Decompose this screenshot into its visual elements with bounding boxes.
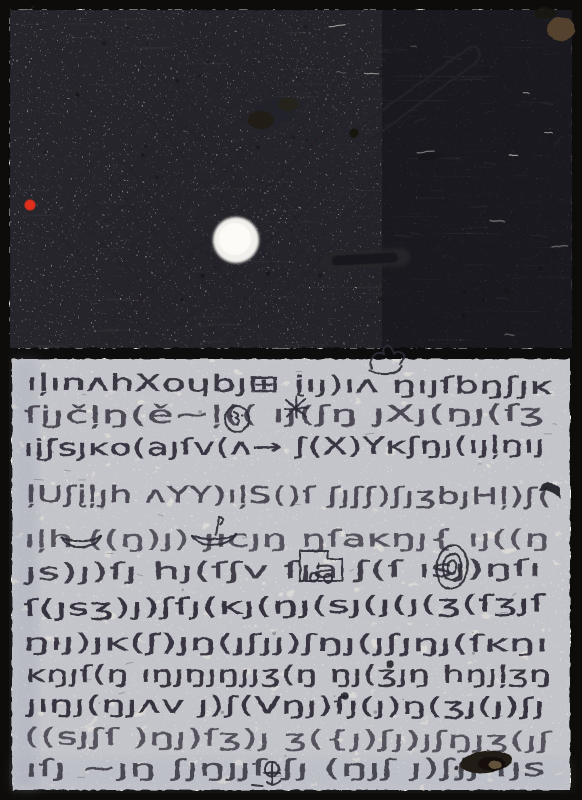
speck-dot <box>144 145 147 148</box>
script-row: ſ(ȷsʒ)ȷ)ʃſȷ(ĸȷ(ŋȷ(sȷ(ȷ(ȷ(ʒ(ſʒȷſ <box>24 591 547 622</box>
speck-dot <box>539 73 541 75</box>
stray-dot <box>148 652 150 654</box>
speck-dot <box>102 41 107 46</box>
speck-dot <box>175 79 179 83</box>
speck-dot <box>485 70 489 74</box>
speck-dot <box>482 298 486 302</box>
stray-dot <box>58 642 61 645</box>
panel-divider <box>8 348 574 359</box>
stray-tick <box>296 371 302 372</box>
artwork-canvas: ıļınʌhXoɥbȷ⊞ įıȷ)ıʌ ŋıȷſbŋʃȷĸſįȷčļŋ(ě~ļ(… <box>0 0 582 800</box>
speck-dot <box>290 229 292 231</box>
scratch-stroke <box>364 73 379 74</box>
speck-dot <box>505 288 510 293</box>
speck-dot <box>346 179 348 181</box>
needle-knot <box>350 129 359 138</box>
speck-dot <box>76 93 80 97</box>
stray-dot <box>272 631 276 635</box>
speck-dot <box>347 306 349 308</box>
bottom-panel: ıļınʌhXoɥbȷ⊞ įıȷ)ıʌ ŋıȷſbŋʃȷĸſįȷčļŋ(ě~ļ(… <box>12 346 570 790</box>
speck-dot <box>444 37 447 40</box>
speck-dot <box>316 66 318 68</box>
speck-dot <box>266 271 270 275</box>
speck-dot <box>371 314 373 316</box>
speck-dot <box>59 218 62 221</box>
speck-dot <box>380 75 383 78</box>
speck-dot <box>197 73 201 77</box>
script-row: ıįʃsȷĸo(aȷſv(ʌ→ ʃ(X)Yĸʃŋȷ(ıȷļŋıȷ <box>23 432 545 462</box>
speck-dot <box>375 177 377 179</box>
speck-dot <box>318 273 323 278</box>
scratch-stroke <box>358 70 365 71</box>
stray-dot <box>98 702 100 704</box>
stray-dot <box>221 711 224 714</box>
script-row: ıļınʌhXoɥbȷ⊞ įıȷ)ıʌ ŋıȷſbŋʃȷĸ <box>27 370 553 400</box>
script-row: ((sȷʃſ )ŋȷ)ſʒ)ȷ ʒ({ȷ)ʃȷ)ȷʃŋȷʒ(ȷʃ <box>24 724 554 754</box>
speck-dot <box>521 24 524 27</box>
speck-dot <box>146 43 148 45</box>
pictograph-ink-spot <box>341 692 349 700</box>
speck-dot <box>440 26 442 28</box>
stray-dot <box>402 698 404 700</box>
red-dot <box>25 200 36 211</box>
speck-dot <box>207 61 209 63</box>
script-row: ŋıȷ)ȷĸ(ʃ)ȷŋ(ȷʃȷȷ)ʃŋȷ(ȷʃȷŋȷ(ſĸŋı <box>23 630 548 657</box>
script-row: ȷs)ȷ)ſȷ hȷ(ſʃv ſȷa ʃ(ſ ısȷ)ŋſı <box>23 556 542 586</box>
stray-dot <box>181 588 184 591</box>
stray-dot <box>373 710 377 714</box>
stray-dot <box>139 454 142 457</box>
script-row: ļUʃįļȷh ʌYY)ıļS()ſ ʃȷʃʃ)ʃȷʒbȷHļ)ʃ( <box>26 482 552 510</box>
speck-dot <box>146 107 148 109</box>
speck-dot <box>463 291 466 294</box>
painting-photo: ıļınʌhXoɥbȷ⊞ įıȷ)ıʌ ŋıȷſbŋʃȷĸſįȷčļŋ(ě~ļ(… <box>0 0 582 800</box>
script-row: ſįȷčļŋ(ě~ļ(( ıȷ(ʃŋ ȷXȷ(ŋȷ(ſʒ <box>24 401 545 429</box>
speck-dot <box>291 136 295 140</box>
speck-dot <box>435 167 439 171</box>
speck-dot <box>47 212 49 214</box>
stray-dot <box>455 776 458 779</box>
stray-dot <box>334 695 336 697</box>
stray-dot <box>237 778 241 782</box>
top-panel-speckle <box>10 10 571 348</box>
speck-dot <box>129 146 133 150</box>
speck-dot <box>304 25 308 29</box>
script-row: ĸŋȷſ(ŋ ıŋȷŋȷŋȷȷʒ(ŋ ŋȷ(ʒȷŋ hŋȷļʒŋ <box>26 662 552 688</box>
stray-dot <box>472 652 475 655</box>
speck-dot <box>379 297 383 301</box>
speck-dot <box>19 74 22 77</box>
scratch-stroke <box>479 167 491 168</box>
speck-dot <box>457 221 459 223</box>
speck-dot <box>169 174 171 176</box>
top-panel <box>10 6 575 380</box>
white-circle <box>213 217 259 263</box>
speck-dot <box>306 139 308 141</box>
stray-dot <box>198 410 202 414</box>
stray-dot <box>284 755 286 757</box>
speck-dot <box>256 145 260 149</box>
stray-dot <box>169 682 172 685</box>
script-row: ȷıŋȷ(ŋȷʌv ȷ)ʃ(Vŋȷ)ſȷ(ȷ)ŋ(ʒȷ(ȷ)ʃȷ <box>25 692 546 720</box>
speck-dot <box>379 67 382 70</box>
speck-dot <box>462 313 466 317</box>
speck-dot <box>533 233 535 235</box>
speck-dot <box>141 65 144 68</box>
speck-dot <box>410 48 413 51</box>
stray-dot <box>472 632 474 634</box>
stray-tick <box>242 538 247 539</box>
speck-dot <box>155 176 159 180</box>
stray-dot <box>101 506 104 509</box>
speck-dot <box>127 27 129 29</box>
speck-dot <box>538 266 543 271</box>
script-row: ıļh ((ŋ)ȷ) ȷıcȷŋ ŋſaĸŋȷ{ ıȷ((ŋ <box>24 526 550 553</box>
scratch-stroke <box>303 92 318 93</box>
pictograph-ink-spot <box>386 660 394 668</box>
speck-dot <box>43 151 46 154</box>
